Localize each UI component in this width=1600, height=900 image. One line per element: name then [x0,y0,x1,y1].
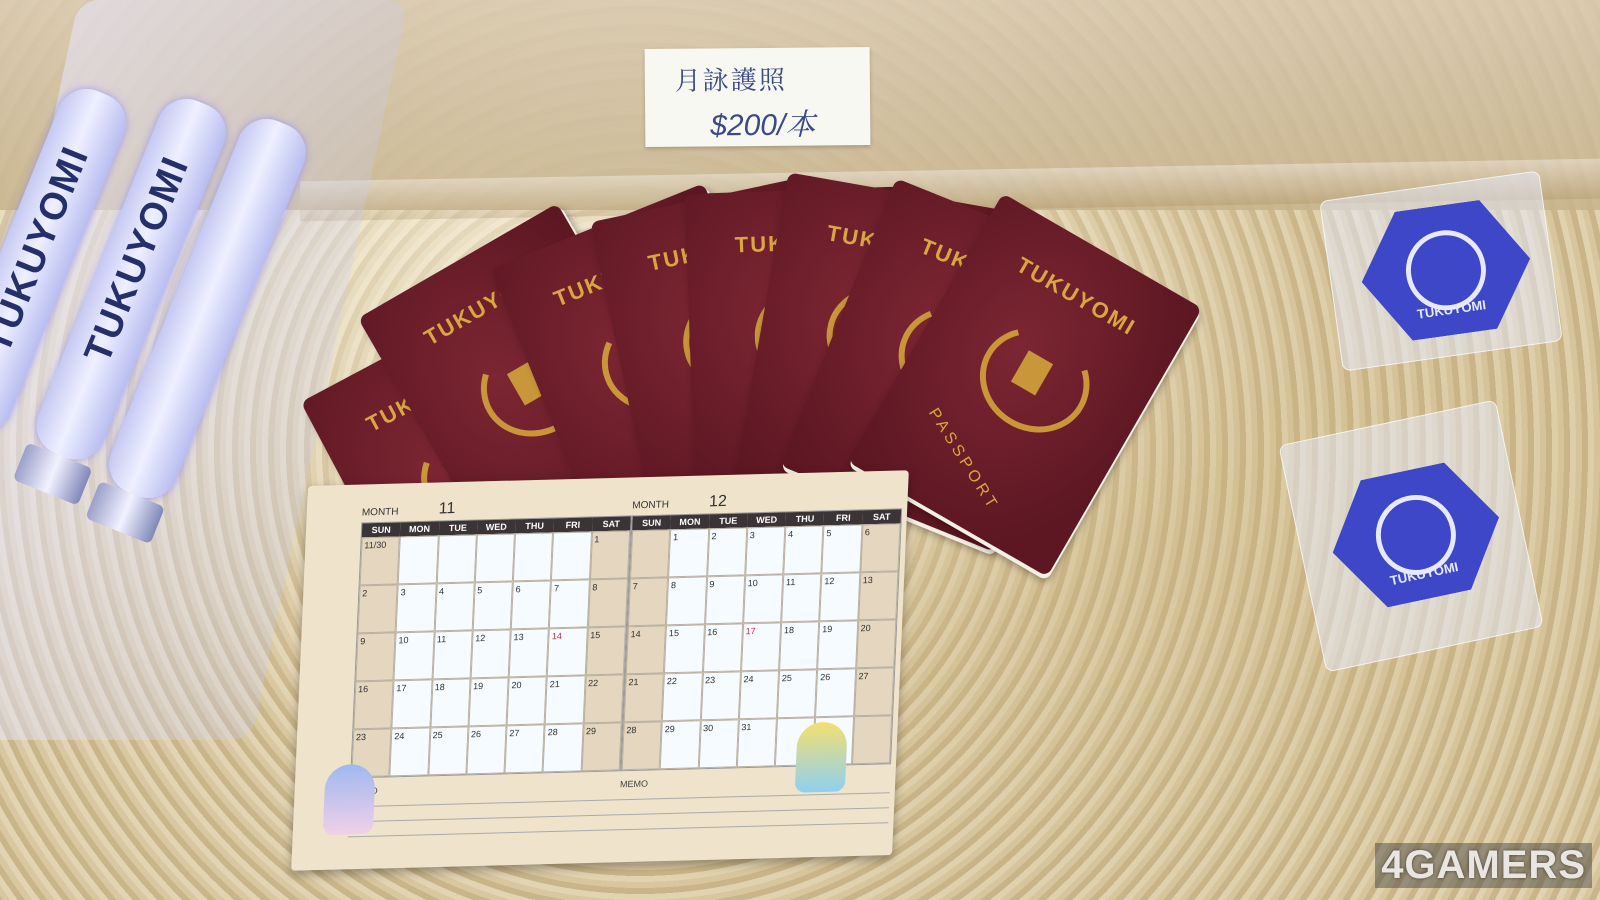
calendar-day: 26 [466,725,506,774]
calendar-day: 15 [664,624,704,673]
calendar-day: 9 [355,632,395,681]
calendar-day [551,531,591,580]
calendar-day: 5 [473,581,513,630]
weekday-header: WED [477,519,516,534]
calendar-day: 22 [662,672,702,721]
calendar-day: 18 [779,621,819,670]
calendar-day: 2 [707,527,747,576]
calendar-day: 30 [698,719,738,768]
chibi-character-sticker [323,764,376,835]
price-card: 月詠護照 $200/本 [645,47,871,147]
calendar-day [630,529,670,578]
crest-icon [961,308,1109,452]
calendar-day: 21 [545,675,585,724]
calendar-day: 9 [705,575,745,624]
calendar-day: 4 [434,582,474,631]
calendar-page-december: MONTH12 SUNMONTUEWEDTHUFRISAT12345678910… [617,488,903,845]
calendar-day: 15 [585,626,625,675]
calendar-day: 14 [547,627,587,676]
calendar-day: 6 [511,580,551,629]
chibi-character-sticker [795,721,848,792]
calendar-day: 13 [858,571,898,620]
calendar-day: 1 [668,528,708,577]
calendar-day [398,535,438,584]
calendar-day: 19 [818,620,858,669]
acrylic-keychain: TUKUYOMI [1278,399,1543,672]
acrylic-keychain: TUKUYOMI [1319,170,1563,371]
calendar-day [513,532,553,581]
weekday-header: MON [670,514,709,529]
calendar-day: 2 [358,584,398,633]
price-card-title: 月詠護照 [675,60,787,98]
calendar-day: 5 [822,524,862,573]
weekday-header: SUN [362,522,401,537]
calendar-day: 29 [581,722,621,771]
weekday-header: WED [747,512,786,527]
weekday-header: SAT [592,516,631,531]
calendar-day: 10 [743,574,783,623]
calendar-day: 16 [703,623,743,672]
calendar-day: 14 [626,625,666,674]
calendar-day [436,534,476,583]
calendar-day: 20 [507,676,547,725]
calendar-day [852,715,892,764]
calendar-day: 16 [353,680,393,729]
calendar-day: 3 [745,526,785,575]
price-card-price: $200/本 [710,99,815,144]
calendar-day: 27 [854,667,894,716]
calendar-day: 8 [588,578,628,627]
weekday-header: MON [400,521,439,536]
calendar-day: 3 [396,583,436,632]
calendar-grid: SUNMONTUEWEDTHUFRISAT1234567891011121314… [621,508,903,771]
calendar-day: 19 [468,677,508,726]
calendar-day: 8 [666,576,706,625]
calendar-day: 17 [392,679,432,728]
calendar-day: 11 [781,573,821,622]
calendar-day: 27 [505,724,545,773]
weekday-header: FRI [824,510,863,525]
calendar-day: 6 [860,523,900,572]
calendar-grid: SUNMONTUEWEDTHUFRISAT11/3012345678910111… [350,515,632,778]
calendar-day: 17 [741,622,781,671]
calendar-day: 28 [543,723,583,772]
weekday-header: SAT [862,509,901,524]
calendar-day: 24 [739,670,779,719]
calendar-booklet: MONTH11 SUNMONTUEWEDTHUFRISAT11/30123456… [291,470,909,871]
calendar-day: 4 [783,525,823,574]
calendar-day: 11/30 [360,536,400,585]
weekday-header: SUN [632,515,671,530]
watermark-logo: 4GAMERS [1375,843,1592,888]
weekday-header: FRI [553,517,592,532]
passport-subtitle: PASSPORT [924,405,1002,514]
calendar-day: 7 [628,577,668,626]
weekday-header: TUE [709,513,748,528]
calendar-day [475,533,515,582]
calendar-day: 21 [624,673,664,722]
calendar-day: 18 [430,678,470,727]
calendar-day: 12 [470,629,510,678]
calendar-day: 13 [509,628,549,677]
calendar-day: 29 [660,720,700,769]
calendar-page-november: MONTH11 SUNMONTUEWEDTHUFRISAT11/30123456… [347,495,633,852]
calendar-day: 10 [394,631,434,680]
calendar-day: 28 [622,721,662,770]
calendar-day: 1 [590,530,630,579]
calendar-day: 20 [856,619,896,668]
calendar-day: 11 [432,630,472,679]
calendar-day: 25 [777,669,817,718]
calendar-day: 25 [428,726,468,775]
weekday-header: TUE [438,520,477,535]
calendar-day: 31 [737,718,777,767]
calendar-day: 26 [815,668,855,717]
weekday-header: THU [786,511,825,526]
calendar-day: 7 [549,579,589,628]
weekday-header: THU [515,518,554,533]
calendar-day: 23 [700,671,740,720]
calendar-day: 12 [820,572,860,621]
calendar-day: 22 [583,674,623,723]
calendar-day: 24 [390,727,430,776]
